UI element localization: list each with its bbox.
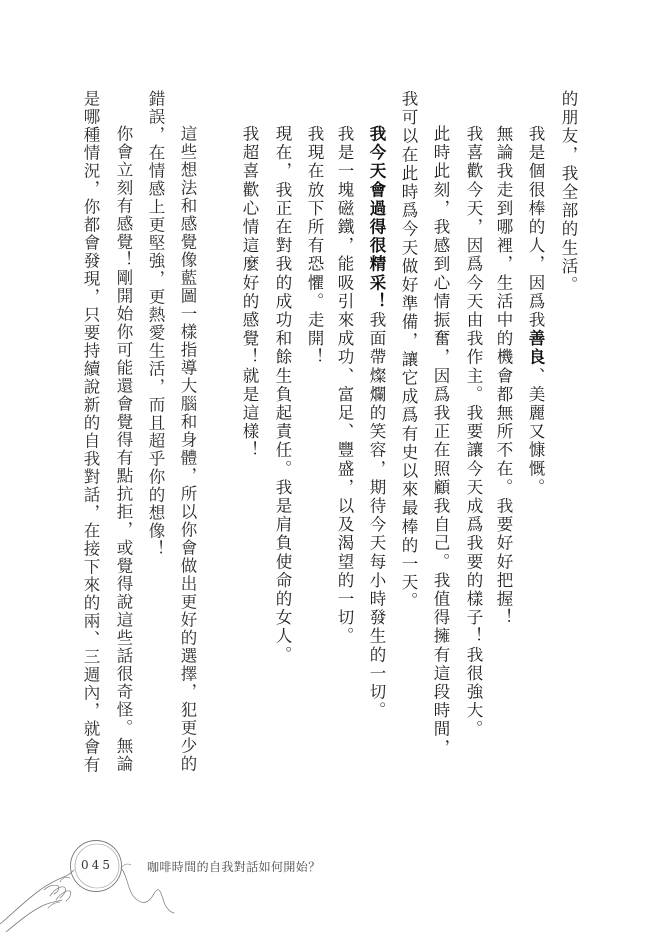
affirmation-line: 我今天會過得很精采！我面帶燦爛的笑容，期待今天每小時發生的一切。 — [365, 125, 387, 720]
body-paragraph-line: 錯誤，在情感上更堅強，更熱愛生活，而且超乎你的想像！ — [144, 90, 166, 558]
line-text: 我喜歡今天，因爲今天由我作主。我要讓今天成爲我要的樣子！我很強大。 — [464, 125, 483, 739]
affirmation-line: 此時此刻，我感到心情振奮，因爲我正在照顧我自己。我值得擁有這段時間， — [429, 125, 451, 757]
line-text: 這些想法和感覺像藍圖一樣指導大腦和身體，所以你會做出更好的選擇，犯更少的 — [178, 125, 197, 773]
line-text: 無論我走到哪裡，生活中的機會都無所不在。我要好好把握！ — [494, 125, 513, 627]
line-text: 錯誤，在情感上更堅強，更熱愛生活，而且超乎你的想像！ — [146, 90, 165, 558]
line-text: 我可以在此時爲今天做好準備，讓它成爲有史以來最棒的一天。 — [399, 90, 418, 611]
line-text: 我是一塊磁鐵，能吸引來成功、富足、豐盛，以及渴望的一切。 — [335, 125, 354, 646]
book-page: 的朋友，我全部的生活。 我是個很棒的人，因爲我善良、美麗又慷慨。 無論我走到哪裡… — [0, 0, 663, 932]
line-text: 是哪種情況，你都會發現，只要持續說新的自我對話，在接下來的兩、三週內，就會有 — [81, 90, 100, 774]
body-paragraph-line: 你會立刻有感覺！剛開始你可能還會覺得有點抗拒，或覺得說這些話很奇怪。無論 — [112, 125, 134, 773]
body-paragraph-line: 這些想法和感覺像藍圖一樣指導大腦和身體，所以你會做出更好的選擇，犯更少的 — [176, 125, 198, 773]
chapter-title: 咖啡時間的自我對話如何開始？ — [147, 858, 321, 875]
affirmation-line: 我是個很棒的人，因爲我善良、美麗又慷慨。 — [524, 125, 546, 497]
affirmation-line: 無論我走到哪裡，生活中的機會都無所不在。我要好好把握！ — [492, 125, 514, 627]
affirmation-line: 我喜歡今天，因爲今天由我作主。我要讓今天成爲我要的樣子！我很強大。 — [462, 125, 484, 739]
line-text: 現在，我正在對我的成功和餘生負起責任。我是肩負使命的女人。 — [273, 125, 292, 664]
body-paragraph-line: 是哪種情況，你都會發現，只要持續說新的自我對話，在接下來的兩、三週內，就會有 — [79, 90, 101, 774]
affirmation-line: 我超喜歡心情這麼好的感覺！就是這樣！ — [238, 125, 260, 460]
line-text: 我現在放下所有恐懼。走開！ — [305, 125, 324, 367]
affirmation-line: 我可以在此時爲今天做好準備，讓它成爲有史以來最棒的一天。 — [397, 90, 419, 611]
line-text: 此時此刻，我感到心情振奮，因爲我正在照顧我自己。我值得擁有這段時間， — [431, 125, 450, 757]
bold-emphasis: 善良 — [526, 330, 545, 367]
line-text: 、美麗又慷慨。 — [526, 367, 545, 497]
affirmation-line: 的朋友，我全部的生活。 — [557, 90, 579, 295]
affirmation-line: 現在，我正在對我的成功和餘生負起責任。我是肩負使命的女人。 — [271, 125, 293, 664]
hand-holding-ring-icon — [0, 820, 200, 932]
affirmation-line: 我現在放下所有恐懼。走開！ — [303, 125, 325, 367]
page-number: 045 — [80, 858, 114, 872]
bold-emphasis: 我今天會過得很精采！ — [367, 125, 386, 311]
line-text: 我是個很棒的人，因爲我 — [526, 125, 545, 330]
line-text: 我面帶燦爛的笑容，期待今天每小時發生的一切。 — [367, 311, 386, 720]
line-text: 的朋友，我全部的生活。 — [559, 90, 578, 295]
line-text: 我超喜歡心情這麼好的感覺！就是這樣！ — [240, 125, 259, 460]
affirmation-line: 我是一塊磁鐵，能吸引來成功、富足、豐盛，以及渴望的一切。 — [333, 125, 355, 646]
line-text: 你會立刻有感覺！剛開始你可能還會覺得有點抗拒，或覺得說這些話很奇怪。無論 — [114, 125, 133, 773]
